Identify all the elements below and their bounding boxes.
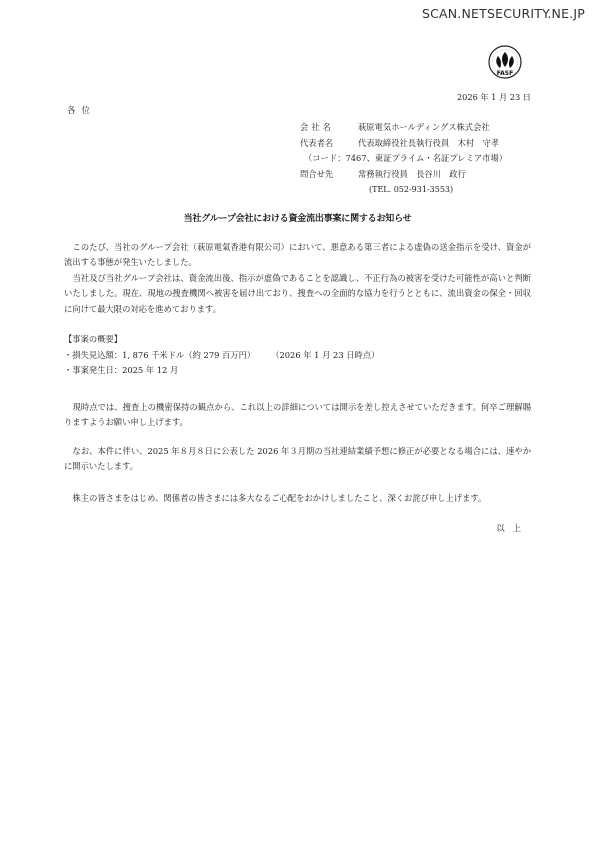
svg-text:FASF: FASF: [497, 70, 513, 77]
tel-row: (TEL. 052-931-3553): [300, 182, 507, 198]
paragraph-forecast: なお、本件に伴い、2025 年８月８日に公表した 2026 年３月期の当社連結業…: [64, 444, 531, 475]
company-row: 会社名 萩原電気ホールディングス株式会社: [300, 120, 507, 136]
loss-as-of: （2026 年 1 月 23 日時点）: [271, 350, 379, 360]
page-title: 当社グループ会社における資金流出事案に関するお知らせ: [0, 211, 595, 224]
incident-summary: 【事案の概要】 ・損失見込額：1, 876 千米ドル（約 279 百万円）（20…: [64, 332, 379, 379]
sender-block: 会社名 萩原電気ホールディングス株式会社 代表者名 代表取締役社長執行役員 木村…: [300, 120, 507, 198]
apology-section: 株主の皆さまをはじめ、関係者の皆さまには多大なるご心配をおかけしましたこと、深く…: [64, 491, 531, 506]
representative-name: 代表取締役社長執行役員 木村 守孝: [358, 136, 499, 152]
company-name: 萩原電気ホールディングス株式会社: [358, 120, 490, 136]
representative-label: 代表者名: [300, 136, 358, 152]
incident-date-value: 2025 年 12 月: [122, 365, 178, 375]
watermark-text: SCAN.NETSECURITY.NE.JP: [422, 6, 585, 21]
stock-code-row: （コード：7467、東証プライム・名証プレミア市場）: [300, 151, 507, 167]
forecast-section: なお、本件に伴い、2025 年８月８日に公表した 2026 年３月期の当社連結業…: [64, 444, 531, 475]
loss-value: 1, 876 千米ドル（約 279 百万円）: [122, 350, 255, 360]
stock-code-info: （コード：7467、東証プライム・名証プレミア市場）: [304, 151, 507, 167]
contact-person: 常務執行役員 長谷川 政行: [358, 167, 466, 183]
fasf-logo: FASF: [487, 45, 523, 85]
fasf-leaf-emblem-icon: FASF: [487, 45, 523, 85]
paragraph-confidentiality: 現時点では、捜査上の機密保持の観点から、これ以上の詳細については開示を差し控えさ…: [64, 400, 531, 431]
disclosure-section: 現時点では、捜査上の機密保持の観点から、これ以上の詳細については開示を差し控えさ…: [64, 400, 531, 431]
paragraph-apology: 株主の皆さまをはじめ、関係者の皆さまには多大なるご心配をおかけしましたこと、深く…: [64, 491, 531, 506]
closing-mark: 以上: [496, 522, 529, 534]
contact-row: 問合せ先 常務執行役員 長谷川 政行: [300, 167, 507, 183]
loss-label: ・損失見込額：: [64, 350, 122, 360]
paragraph-response: 当社及び当社グループ会社は、資金流出後、指示が虚偽であることを認識し、不正行為の…: [64, 271, 531, 317]
summary-loss-item: ・損失見込額：1, 876 千米ドル（約 279 百万円）（2026 年 1 月…: [64, 348, 379, 364]
company-label: 会社名: [300, 120, 358, 136]
contact-tel: (TEL. 052-931-3553): [369, 182, 453, 198]
intro-section: このたび、当社のグループ会社（萩原電氣香港有限公司）において、悪意ある第三者によ…: [64, 240, 531, 317]
addressee: 各位: [67, 104, 96, 116]
contact-label: 問合せ先: [300, 167, 358, 183]
paragraph-incident: このたび、当社のグループ会社（萩原電氣香港有限公司）において、悪意ある第三者によ…: [64, 240, 531, 271]
document-date: 2026 年 1 月 23 日: [457, 92, 531, 103]
summary-date-item: ・事案発生日：2025 年 12 月: [64, 363, 379, 379]
summary-heading: 【事案の概要】: [64, 332, 379, 348]
representative-row: 代表者名 代表取締役社長執行役員 木村 守孝: [300, 136, 507, 152]
incident-date-label: ・事案発生日：: [64, 365, 122, 375]
